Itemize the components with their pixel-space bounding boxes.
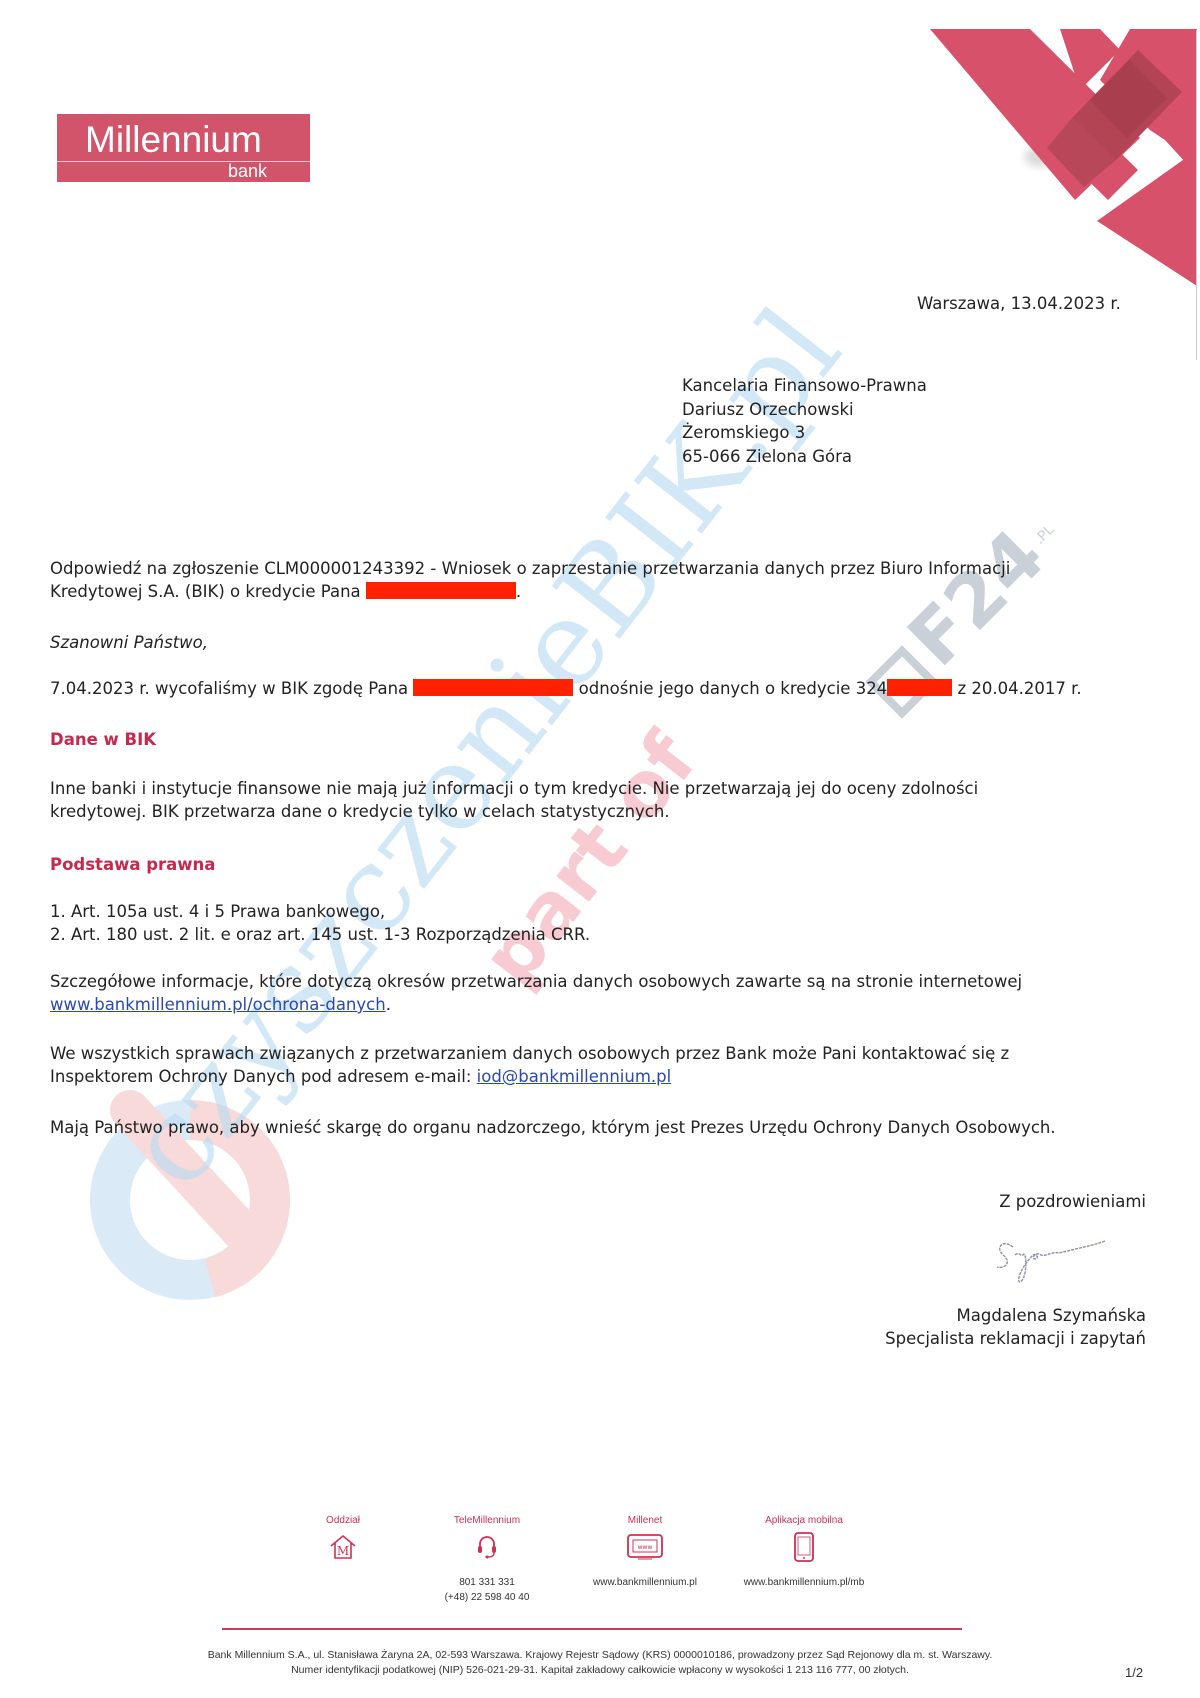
closing: Z pozdrowieniami (999, 1191, 1146, 1213)
letter-place-date: Warszawa, 13.04.2023 r. (917, 293, 1121, 315)
section-heading-dane-w-bik: Dane w BIK (50, 730, 156, 749)
redaction-name (366, 582, 516, 599)
intro-paragraph: 7.04.2023 r. wycofaliśmy w BIK zgodę Pan… (50, 678, 1082, 700)
list-item: 2. Art. 180 ust. 2 lit. e oraz art. 145 … (50, 923, 590, 946)
watermark-part-of: part of (464, 716, 714, 1001)
millennium-bank-logo: Millennium bank (57, 114, 310, 182)
greeting: Szanowni Państwo, (50, 632, 208, 654)
page-edge (1196, 30, 1197, 360)
redaction-name (413, 679, 573, 696)
smartphone-icon (719, 1529, 889, 1565)
signatory-title: Specjalista reklamacji i zapytań (885, 1327, 1146, 1350)
redaction-loan-number (887, 679, 952, 696)
subject-line-1: Odpowiedź na zgłoszenie CLM000001243392 … (50, 557, 1010, 580)
footer-contact-mobile-app: Aplikacja mobilna www.bankmillennium.pl/… (719, 1515, 889, 1590)
footer-legal-text: Bank Millennium S.A., ul. Stanisława Żar… (140, 1648, 1060, 1678)
complaint-paragraph: Mają Państwo prawo, aby wnieść skargę do… (50, 1117, 1056, 1139)
recipient-address: Kancelaria Finansowo-Prawna Dariusz Orze… (682, 374, 927, 468)
data-protection-link[interactable]: www.bankmillennium.pl/ochrona-danych (50, 995, 386, 1014)
iod-email-link[interactable]: iod@bankmillennium.pl (477, 1067, 672, 1086)
details-paragraph: Szczegółowe informacje, które dotyczą ok… (50, 970, 1022, 1016)
footer-contact-millenet: Millenet www www.bankmillennium.pl (560, 1515, 730, 1590)
svg-text:.PL: .PL (1032, 522, 1058, 548)
recipient-line: Kancelaria Finansowo-Prawna (682, 374, 927, 398)
iod-contact-paragraph: We wszystkich sprawach związanych z prze… (50, 1042, 1009, 1088)
signatory-name: Magdalena Szymańska (885, 1304, 1146, 1327)
footer-divider (222, 1628, 962, 1630)
recipient-line: Żeromskiego 3 (682, 421, 927, 445)
www-monitor-icon: www (560, 1529, 730, 1565)
recipient-line: Dariusz Orzechowski (682, 398, 927, 422)
svg-text:M: M (337, 1544, 349, 1558)
page-number: 1/2 (1125, 1665, 1143, 1680)
signatory: Magdalena Szymańska Specjalista reklamac… (885, 1304, 1146, 1350)
logo-brand-text: Millennium (85, 119, 262, 161)
headset-icon (402, 1529, 572, 1565)
section-heading-podstawa-prawna: Podstawa prawna (50, 855, 215, 874)
subject-line-2: Kredytowej S.A. (BIK) o kredycie Pana . (50, 580, 1010, 603)
corner-decoration (920, 20, 1200, 290)
footer-contact-telemillennium: TeleMillennium 801 331 331 (+48) 22 598 … (402, 1515, 572, 1605)
legal-basis-list: 1. Art. 105a ust. 4 i 5 Prawa bankowego,… (50, 900, 590, 946)
recipient-line: 65-066 Zielona Góra (682, 445, 927, 469)
signature (985, 1225, 1115, 1295)
logo-divider (57, 161, 310, 162)
list-item: 1. Art. 105a ust. 4 i 5 Prawa bankowego, (50, 900, 590, 923)
letter-subject: Odpowiedź na zgłoszenie CLM000001243392 … (50, 557, 1010, 603)
svg-text:www: www (638, 1544, 653, 1551)
logo-sub-text: bank (228, 161, 267, 182)
section-paragraph-dane-w-bik: Inne banki i instytucje finansowe nie ma… (50, 777, 978, 823)
